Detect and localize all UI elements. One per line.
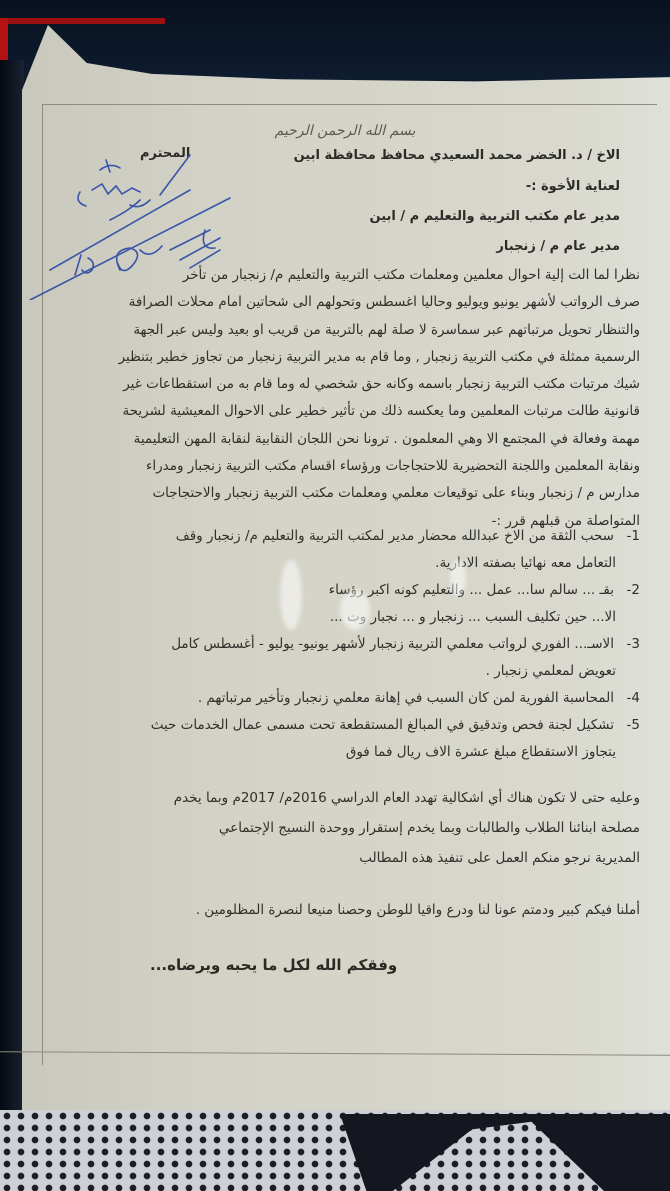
photo-glare	[450, 560, 466, 596]
attention-line: لعناية الأخوة :-	[526, 179, 620, 194]
body-line: مدارس م / زنجبار وبناء على توقيعات معلمي…	[80, 480, 640, 507]
decision-item-4: 4-المحاسبة الفورية لمن كان السبب في إهان…	[40, 685, 640, 712]
hope-line: أملنا فيكم كبير ودمتم عونا لنا ودرع واقي…	[40, 895, 640, 925]
decisions-list: 1-سحب الثقة من الاخ عبدالله محضار مدير ل…	[40, 523, 640, 766]
decision-text: تشكيل لجنة فحص وتدقيق في المبالغ المستقط…	[151, 717, 614, 733]
body-line: مهمة وفعالة في المجتمع الا وهي المعلمون …	[80, 426, 640, 453]
letter-body: نظرا لما الت إلية احوال معلمين ومعلمات م…	[80, 262, 640, 535]
body-line: صرف الرواتب لأشهر يونيو ويوليو وحاليا اغ…	[80, 289, 640, 316]
red-corner-mark-vertical	[0, 18, 8, 60]
body-line: والتنظار تحويل مرتباتهم عبر سماسرة لا صل…	[80, 317, 640, 344]
closing-line: مصلحة ابنائنا الطلاب والطالبات وبما يخدم…	[40, 813, 640, 843]
decision-continuation: التعامل معه نهائيا بصفته الادارية.	[40, 550, 640, 577]
photo-glare	[280, 560, 302, 630]
addressee-line: الاخ / د. الخضر محمد السعيدي محافظ محافظ…	[294, 148, 620, 163]
photo-glare	[340, 590, 370, 630]
decision-number: 5-	[614, 712, 640, 739]
decision-continuation: تعويض لمعلمي زنجبار .	[40, 658, 640, 685]
decision-number: 1-	[614, 523, 640, 550]
closing-paragraph: وعليه حتى لا تكون هناك أي اشكالية تهدد ا…	[40, 783, 640, 873]
decision-text: سحب الثقة من الاخ عبدالله محضار مدير لمك…	[176, 528, 614, 544]
decision-number: 3-	[614, 631, 640, 658]
closing-line: وعليه حتى لا تكون هناك أي اشكالية تهدد ا…	[40, 783, 640, 813]
body-line: قانونية طالت مرتبات المعلمين وما يعكسه ذ…	[80, 398, 640, 425]
closing-line: المديرية نرجو منكم العمل على تنفيذ هذه ا…	[40, 843, 640, 873]
decision-continuation: يتجاوز الاستقطاع مبلغ عشرة الاف ريال فما…	[40, 739, 640, 766]
decision-number: 4-	[614, 685, 640, 712]
decision-text: المحاسبة الفورية لمن كان السبب في إهانة …	[198, 690, 614, 706]
body-line: نظرا لما الت إلية احوال معلمين ومعلمات م…	[80, 262, 640, 289]
decision-text: الاسـ... الفوري لرواتب معلمي التربية زنج…	[171, 636, 614, 652]
decision-number: 2-	[614, 577, 640, 604]
letter-signoff: وفقكم الله لكل ما يحبه ويرضاه...	[150, 956, 397, 974]
cc-line-1: مدير عام مكتب التربية والتعليم م / ابين	[370, 209, 620, 224]
decision-text: بقـ ... سالم سا... عمل ... والتعليم كونه…	[329, 582, 614, 598]
basmala-header: بسم الله الرحمن الرحيم	[255, 123, 435, 139]
body-line: ونقابة المعلمين واللجنة التحضيرية للاحتج…	[80, 453, 640, 480]
red-corner-mark	[0, 18, 165, 24]
decision-item-1: 1-سحب الثقة من الاخ عبدالله محضار مدير ل…	[40, 523, 640, 577]
decision-item-5: 5-تشكيل لجنة فحص وتدقيق في المبالغ المست…	[40, 712, 640, 766]
cc-line-2: مدير عام م / زنجبار	[496, 239, 620, 254]
body-line: شيك مرتبات مكتب التربية زنجبار باسمه وكا…	[80, 371, 640, 398]
body-line: الرسمية ممثلة في مكتب التربية زنجبار , و…	[80, 344, 640, 371]
decision-item-3: 3-الاسـ... الفوري لرواتب معلمي التربية ز…	[40, 631, 640, 685]
